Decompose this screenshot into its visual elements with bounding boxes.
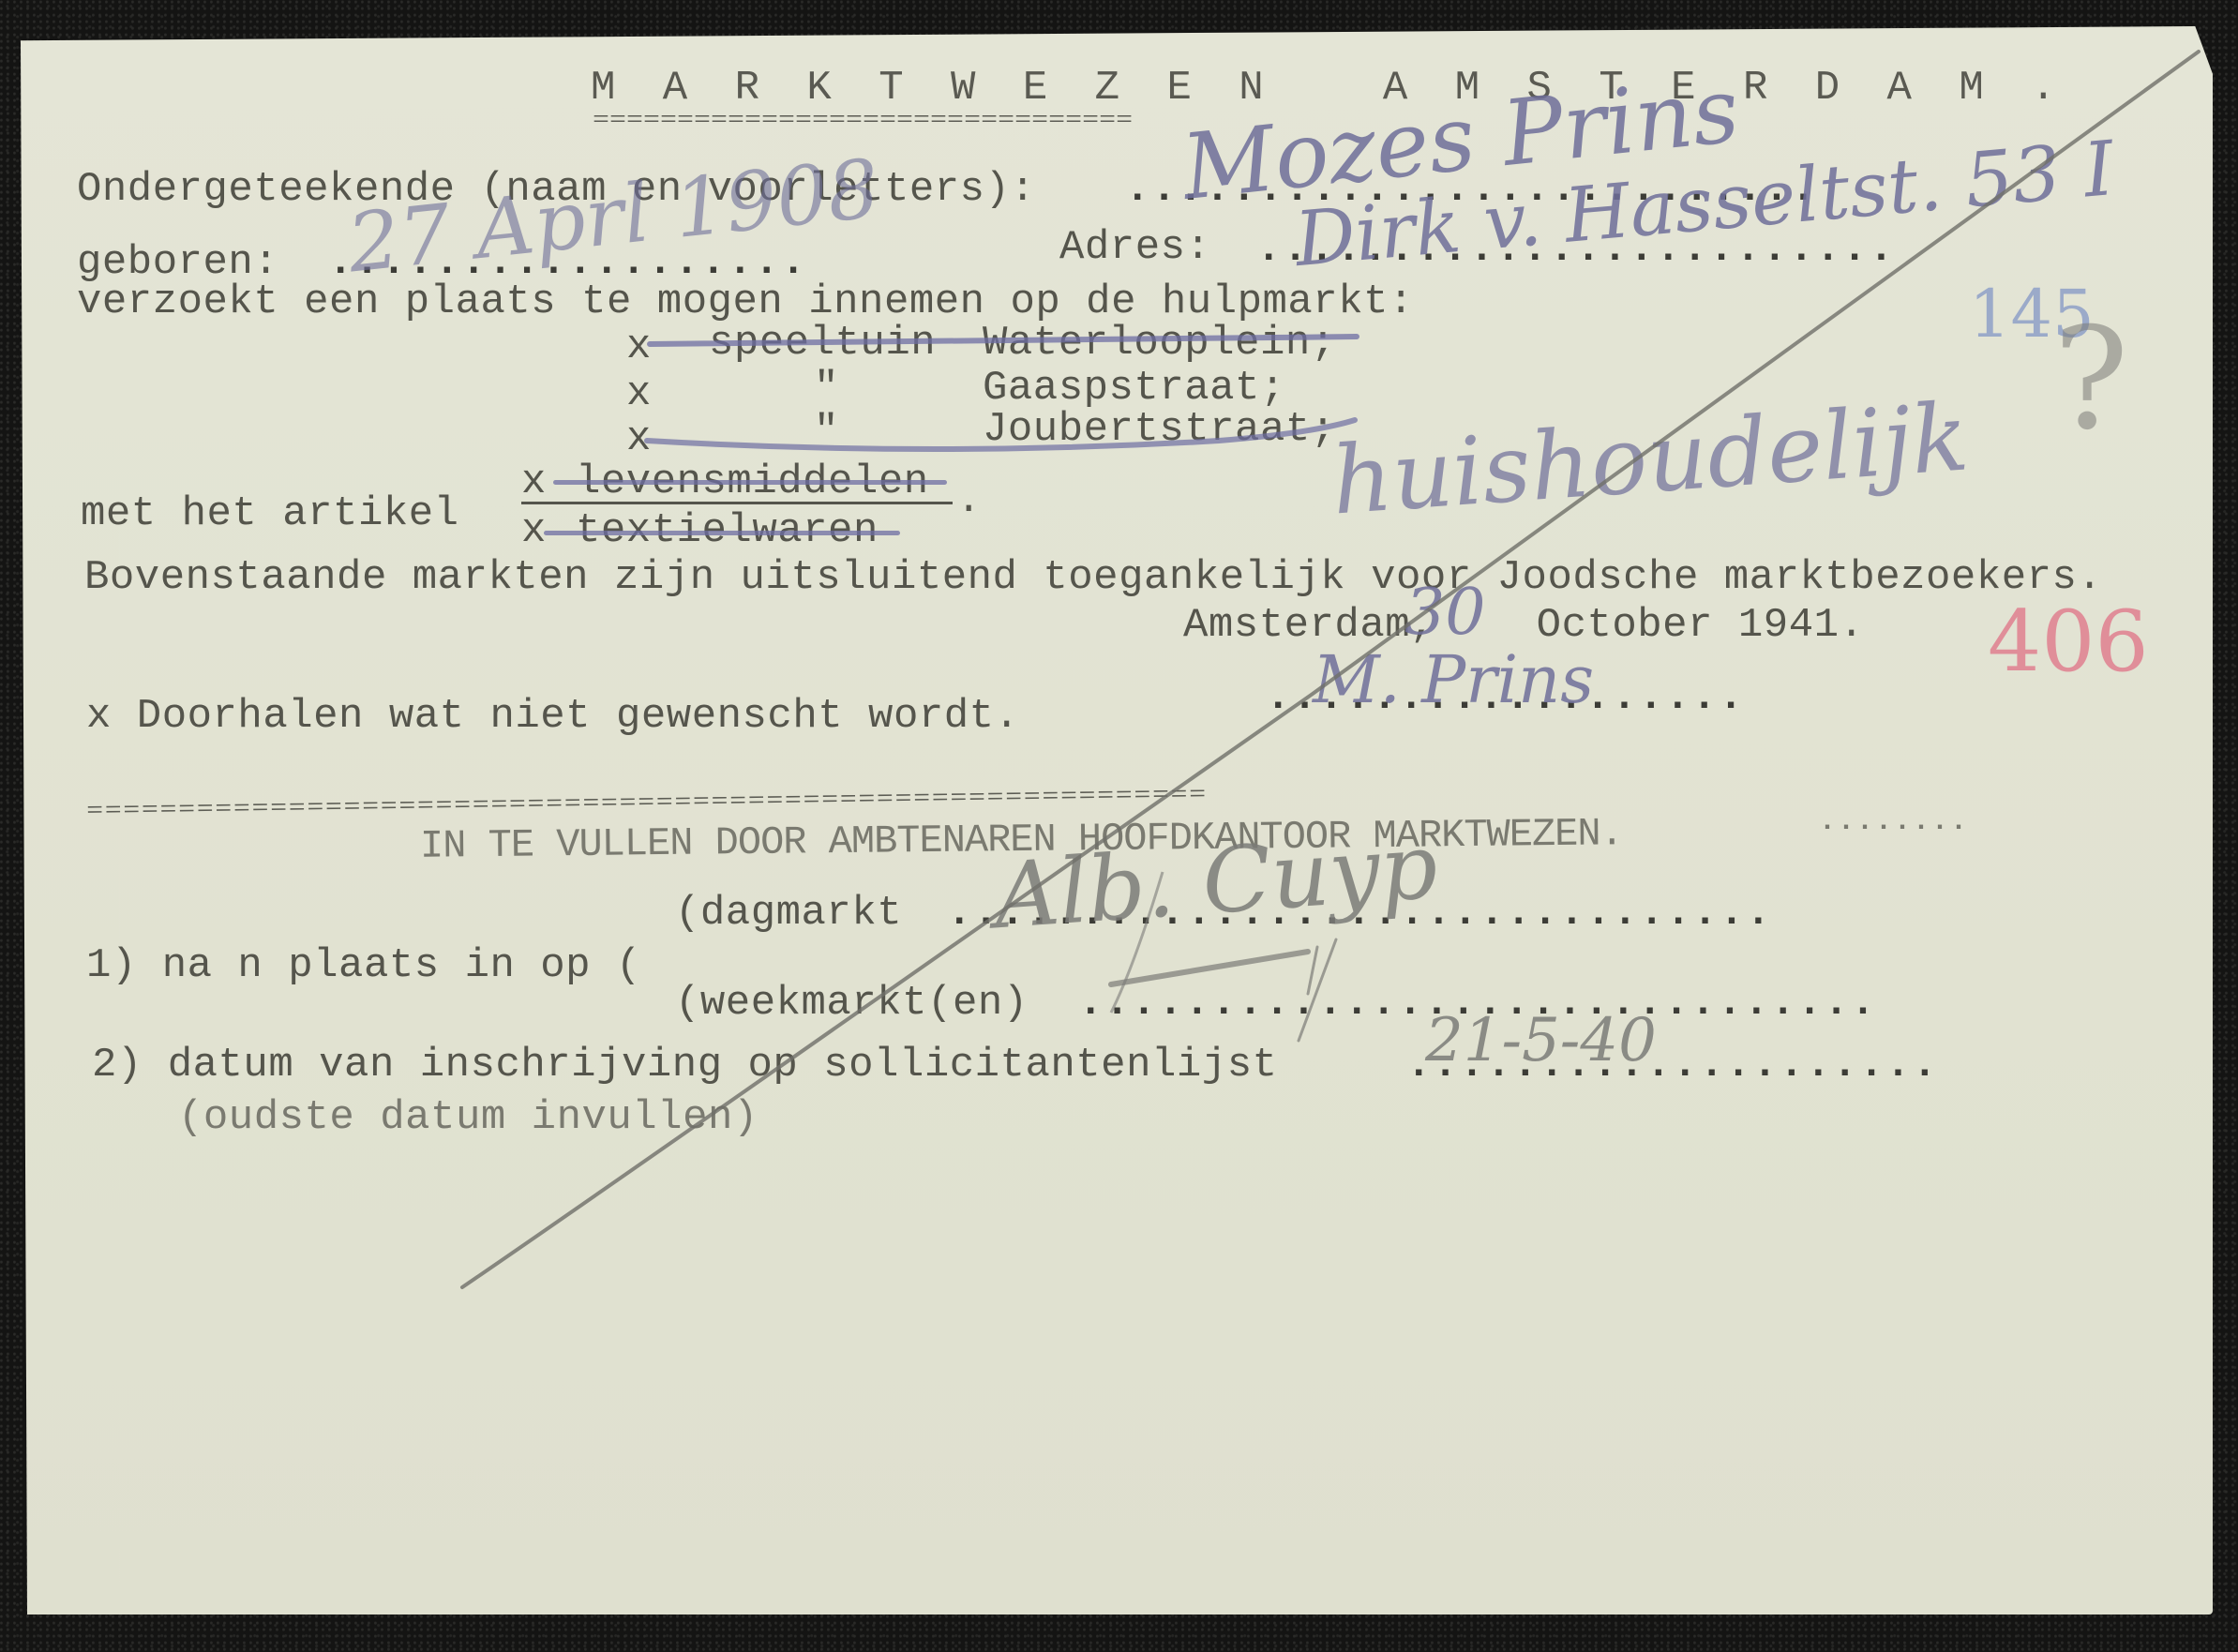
article-label: met het artikel — [81, 493, 459, 534]
red-pencil-number: 406 — [1988, 600, 2149, 684]
article-mark-0[interactable]: x — [521, 461, 547, 503]
market-mark-2[interactable]: x — [626, 418, 652, 459]
market-waterlooplein[interactable]: Waterlooplein; — [983, 323, 1336, 364]
footnote: x Doorhalen wat niet gewenscht wordt. — [86, 696, 1019, 737]
market-prefix-1: " — [814, 368, 839, 409]
date-handwritten: 30 — [1404, 581, 1486, 645]
strike-textielwaren — [544, 531, 900, 535]
market-joubertstraat[interactable]: Joubertstraat; — [983, 409, 1336, 450]
q1-label: 1) na n plaats in op ( — [86, 945, 641, 986]
q2-handwritten-date: 21-5-40 — [1425, 1011, 1657, 1071]
place-date: Amsterdam, October 1941. — [1183, 605, 1864, 646]
article-period: . — [956, 480, 982, 521]
address-label: Adres: — [1059, 227, 1210, 268]
q2-label: 2) datum van inschrijving op sollicitant… — [92, 1044, 1278, 1086]
market-mark-1[interactable]: x — [626, 373, 652, 414]
office-heading-dots: ........ — [1819, 808, 1969, 836]
market-gaaspstraat[interactable]: Gaaspstraat; — [983, 368, 1285, 409]
dagmarkt-label: (dagmarkt — [675, 893, 902, 934]
question-mark: ? — [2053, 309, 2128, 450]
market-prefix-2: " — [814, 411, 839, 452]
request-text: verzoekt een plaats te mogen innemen op … — [77, 281, 1414, 323]
notice-text: Bovenstaande markten zijn uitsluitend to… — [84, 557, 2102, 598]
article-mark-1[interactable]: x — [521, 510, 547, 551]
strike-levensmiddelen — [553, 480, 947, 485]
born-label: geboren: — [77, 242, 278, 283]
weekmarkt-label: (weekmarkt(en) — [675, 983, 1029, 1024]
fraction-line — [521, 502, 953, 504]
q2-sublabel: (oudste datum invullen) — [178, 1097, 759, 1138]
title-underline: ================================ — [593, 111, 1133, 130]
signature-handwritten: M. Prins — [1313, 647, 1594, 713]
market-mark-0[interactable]: x — [626, 326, 652, 368]
